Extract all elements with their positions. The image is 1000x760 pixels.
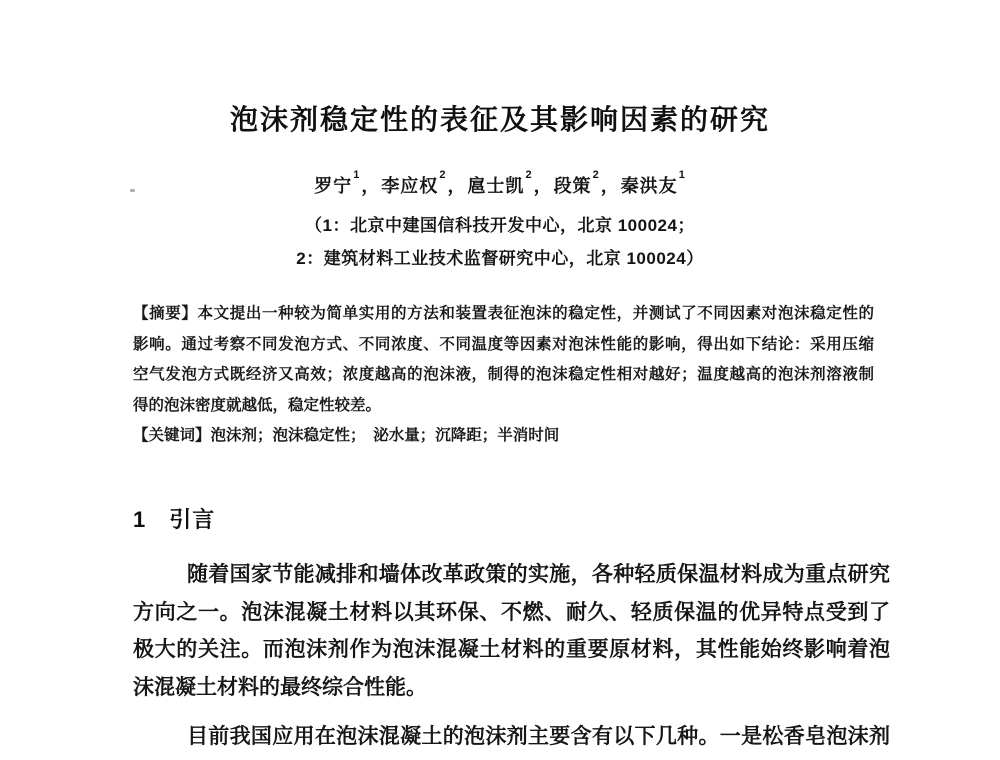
author-2: 李应权2，	[381, 176, 467, 196]
abstract-line-2: 影响。通过考察不同发泡方式、不同浓度、不同温度等因素对泡沫性能的影响，得出如下结…	[133, 330, 874, 361]
affiliation-line-2: 2：建筑材料工业技术监督研究中心，北京 100024）	[0, 244, 1000, 269]
paper-title: 泡沫剂稳定性的表征及其影响因素的研究	[0, 98, 1000, 138]
authors-line: 罗宁1，李应权2，扈士凯2，段策2，秦洪友1	[0, 172, 1000, 198]
intro-para1-line-1: 随着国家节能减排和墙体改革政策的实施，各种轻质保温材料成为重点研究	[133, 556, 890, 594]
author-1-name: 罗宁	[314, 176, 352, 196]
author-4-superscript: 2	[593, 169, 600, 181]
author-2-name: 李应权	[381, 176, 438, 196]
author-2-superscript: 2	[439, 169, 446, 181]
keywords-line: 【关键词】泡沫剂；泡沫稳定性； 泌水量；沉降距；半消时间	[133, 421, 874, 452]
author-4-name: 段策	[554, 176, 592, 196]
abstract-line-4: 得的泡沫密度就越低，稳定性较差。	[133, 391, 874, 422]
scanned-paper-page: 泡沫剂稳定性的表征及其影响因素的研究 罗宁1，李应权2，扈士凯2，段策2，秦洪友…	[0, 0, 1000, 760]
author-4: 段策2，	[554, 176, 621, 196]
author-separator: ，	[361, 176, 380, 196]
author-5-name: 秦洪友	[621, 176, 678, 196]
author-separator: ，	[601, 176, 620, 196]
intro-para2-line-1: 目前我国应用在泡沫混凝土的泡沫剂主要含有以下几种。一是松香皂泡沫剂	[133, 718, 890, 756]
abstract-block: 【摘要】本文提出一种较为简单实用的方法和装置表征泡沫的稳定性，并测试了不同因素对…	[133, 299, 874, 452]
author-1-superscript: 1	[353, 169, 360, 181]
abstract-line-3: 空气发泡方式既经济又高效；浓度越高的泡沫液，制得的泡沫稳定性相对越好；温度越高的…	[133, 360, 874, 391]
author-3-superscript: 2	[525, 169, 532, 181]
section-1-heading: 1 引言	[133, 503, 215, 534]
intro-paragraph-1: 随着国家节能减排和墙体改革政策的实施，各种轻质保温材料成为重点研究 方向之一。泡…	[133, 556, 890, 706]
author-5: 秦洪友1	[621, 176, 686, 196]
affiliation-line-1: （1：北京中建国信科技开发中心，北京 100024；	[0, 211, 1000, 236]
intro-para1-line-2: 方向之一。泡沫混凝土材料以其环保、不燃、耐久、轻质保温的优异特点受到了	[133, 594, 890, 632]
author-1: 罗宁1，	[314, 176, 381, 196]
author-5-superscript: 1	[679, 169, 686, 181]
intro-paragraph-2: 目前我国应用在泡沫混凝土的泡沫剂主要含有以下几种。一是松香皂泡沫剂	[133, 718, 890, 756]
author-separator: ，	[447, 176, 466, 196]
author-3-name: 扈士凯	[467, 176, 524, 196]
abstract-line-1: 【摘要】本文提出一种较为简单实用的方法和装置表征泡沫的稳定性，并测试了不同因素对…	[133, 299, 874, 330]
intro-para1-line-4: 沫混凝土材料的最终综合性能。	[133, 669, 890, 707]
intro-para1-line-3: 极大的关注。而泡沫剂作为泡沫混凝土材料的重要原材料，其性能始终影响着泡	[133, 631, 890, 669]
author-separator: ，	[534, 176, 553, 196]
author-3: 扈士凯2，	[467, 176, 553, 196]
